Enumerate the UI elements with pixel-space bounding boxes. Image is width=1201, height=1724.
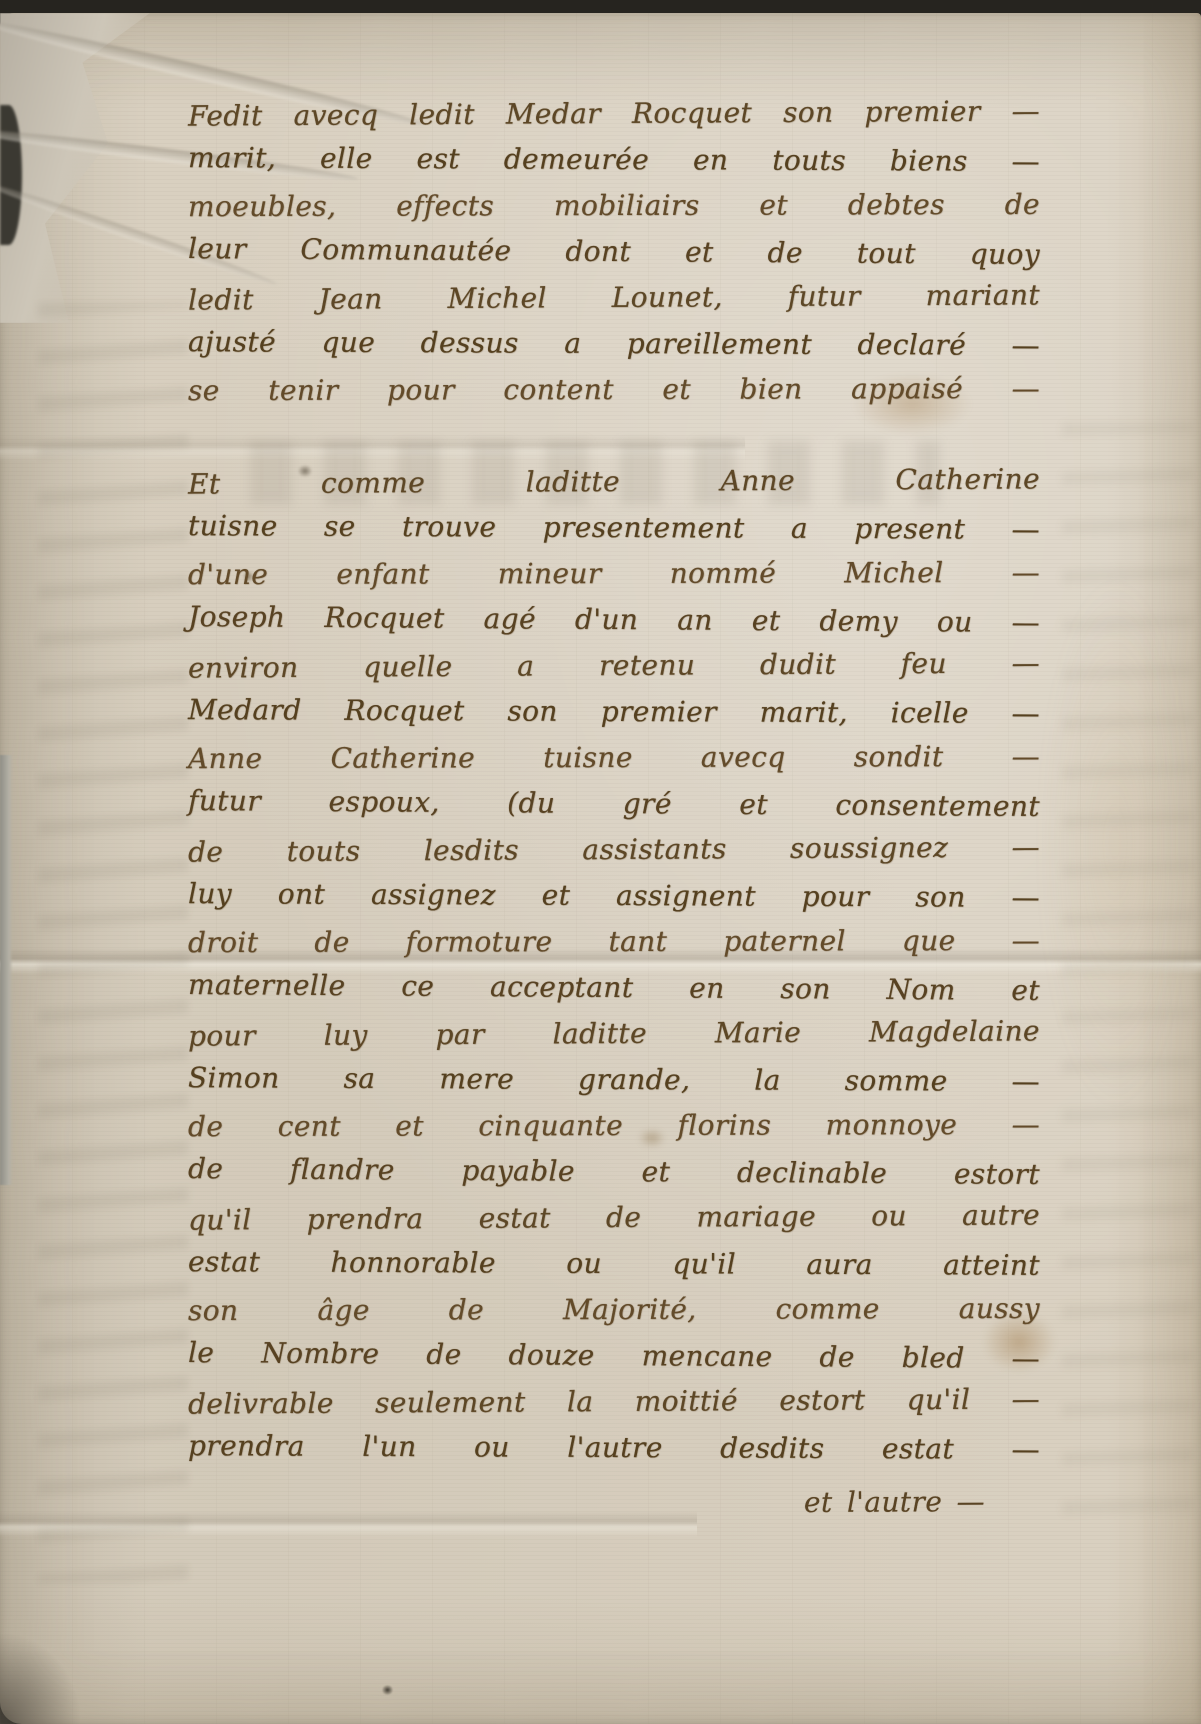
manuscript-line: ledit Jean Michel Lounet, futur mariant (188, 272, 1040, 323)
manuscript-line: pour luy par laditte Marie Magdelaine (188, 1008, 1040, 1059)
manuscript-line: leur Communautée dont et de tout quoy (188, 226, 1040, 278)
manuscript-line: qu'il prendra estat de mariage ou autre (188, 1192, 1040, 1243)
manuscript-line: le Nombre de douze mencane de bled — (188, 1330, 1040, 1382)
manuscript-line: de touts lesdits assistants soussignez — (188, 824, 1040, 875)
manuscript-line: droit de formoture tant paternel que — (188, 918, 1040, 966)
manuscript-line: Anne Catherine tuisne avecq sondit — (188, 734, 1040, 782)
paragraph: Et comme laditte Anne Catherinetuisne se… (188, 459, 1040, 1471)
worn-edge (0, 755, 13, 1185)
manuscript-line: delivrable seulement la moittié estort q… (188, 1376, 1040, 1427)
manuscript-line: se tenir pour content et bien appaisé — (188, 366, 1040, 414)
manuscript-line: Simon sa mere grande, la somme — (188, 1055, 1040, 1105)
manuscript-line: estat honnorable ou qu'il aura atteint (188, 1239, 1040, 1289)
age-discoloration (1040, 573, 1190, 1113)
shadowed-corner (0, 1634, 80, 1724)
manuscript-line: prendra l'un ou l'autre desdits estat — (188, 1423, 1040, 1473)
manuscript-line: de flandre payable et declinable estort (188, 1146, 1040, 1198)
manuscript-line: Fedit avecq ledit Medar Rocquet son prem… (188, 88, 1040, 139)
manuscript-line: futur espoux, (du gré et consentement (188, 778, 1040, 830)
manuscript-line: marit, elle est demeurée en touts biens … (188, 135, 1040, 185)
manuscript-line: environ quelle a retenu dudit feu — (188, 640, 1040, 691)
manuscript-line: maternelle ce acceptant en son Nom et (188, 962, 1040, 1014)
manuscript-line: luy ont assignez et assignent pour son — (188, 871, 1040, 921)
manuscript-line: tuisne se trouve presentement a present … (188, 503, 1040, 553)
manuscript-line: ajusté que dessus a pareillement declaré… (188, 319, 1040, 369)
manuscript-line: d'une enfant mineur nommé Michel — (188, 550, 1040, 598)
scanned-page: Fedit avecq ledit Medar Rocquet son prem… (0, 0, 1201, 1724)
ink-speck (382, 1685, 393, 1695)
bleedthrough-text (38, 303, 188, 1583)
paragraph: Fedit avecq ledit Medar Rocquet son prem… (188, 91, 1040, 413)
text-block: Fedit avecq ledit Medar Rocquet son prem… (188, 91, 1040, 1527)
manuscript-line: Et comme laditte Anne Catherine (188, 456, 1040, 507)
manuscript-line: Joseph Rocquet agé d'un an et demy ou — (188, 594, 1040, 646)
manuscript-line: de cent et cinquante florins monnoye — (188, 1102, 1040, 1150)
manuscript-line: son âge de Majorité, comme aussy (188, 1286, 1040, 1334)
manuscript-line: moeubles, effects mobiliairs et debtes d… (188, 182, 1040, 230)
manuscript-line: Medard Rocquet son premier marit, icelle… (188, 687, 1040, 737)
catchword-line: et l'autre — (188, 1479, 1040, 1529)
manuscript-paper: Fedit avecq ledit Medar Rocquet son prem… (0, 13, 1201, 1724)
